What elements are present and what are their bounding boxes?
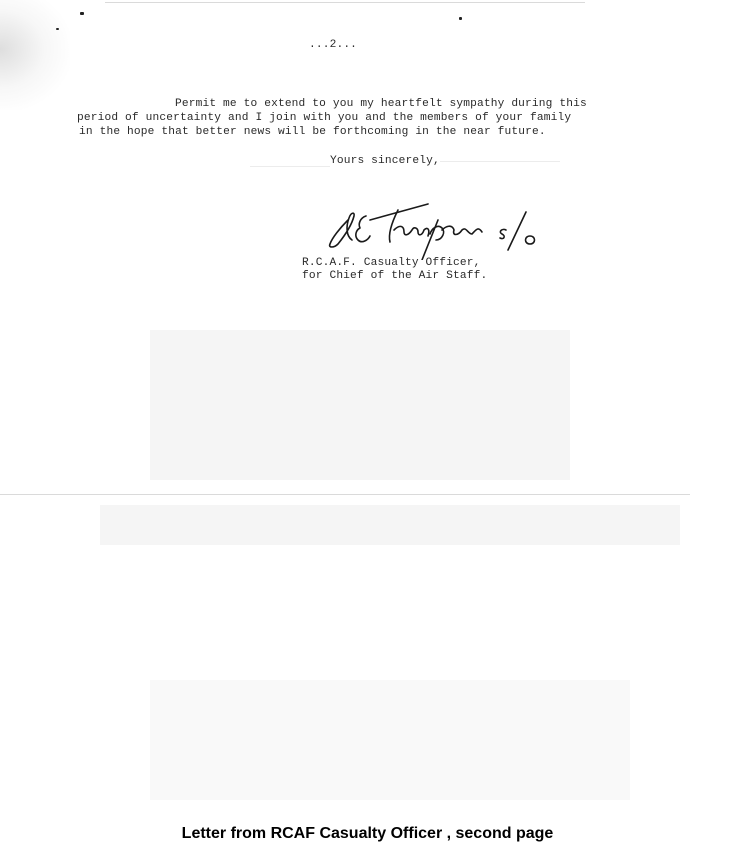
bleed-line — [250, 166, 330, 167]
signatory-for: for Chief of the Air Staff. — [302, 270, 487, 283]
page-number: ...2... — [309, 39, 357, 52]
scan-speck — [80, 12, 84, 15]
scan-speck — [459, 17, 462, 20]
letter-page: ...2... Permit me to extend to you my he… — [0, 0, 735, 810]
bleed-through-text — [100, 505, 680, 545]
scan-edge-line — [105, 2, 585, 3]
image-caption: Letter from RCAF Casualty Officer , seco… — [0, 825, 735, 843]
bleed-line — [440, 161, 560, 162]
scan-speck — [56, 28, 59, 30]
scan-shadow — [0, 0, 70, 110]
closing: Yours sincerely, — [330, 155, 440, 168]
signatory-title: R.C.A.F. Casualty Officer, — [302, 257, 480, 270]
fold-line — [0, 494, 690, 495]
body-line-3: in the hope that better news will be for… — [79, 126, 546, 139]
handwritten-signature-icon — [318, 190, 568, 260]
body-line-2: period of uncertainty and I join with yo… — [77, 112, 571, 125]
body-line-1: Permit me to extend to you my heartfelt … — [175, 98, 587, 111]
bleed-through-text — [150, 330, 570, 480]
bleed-through-text — [150, 680, 630, 800]
